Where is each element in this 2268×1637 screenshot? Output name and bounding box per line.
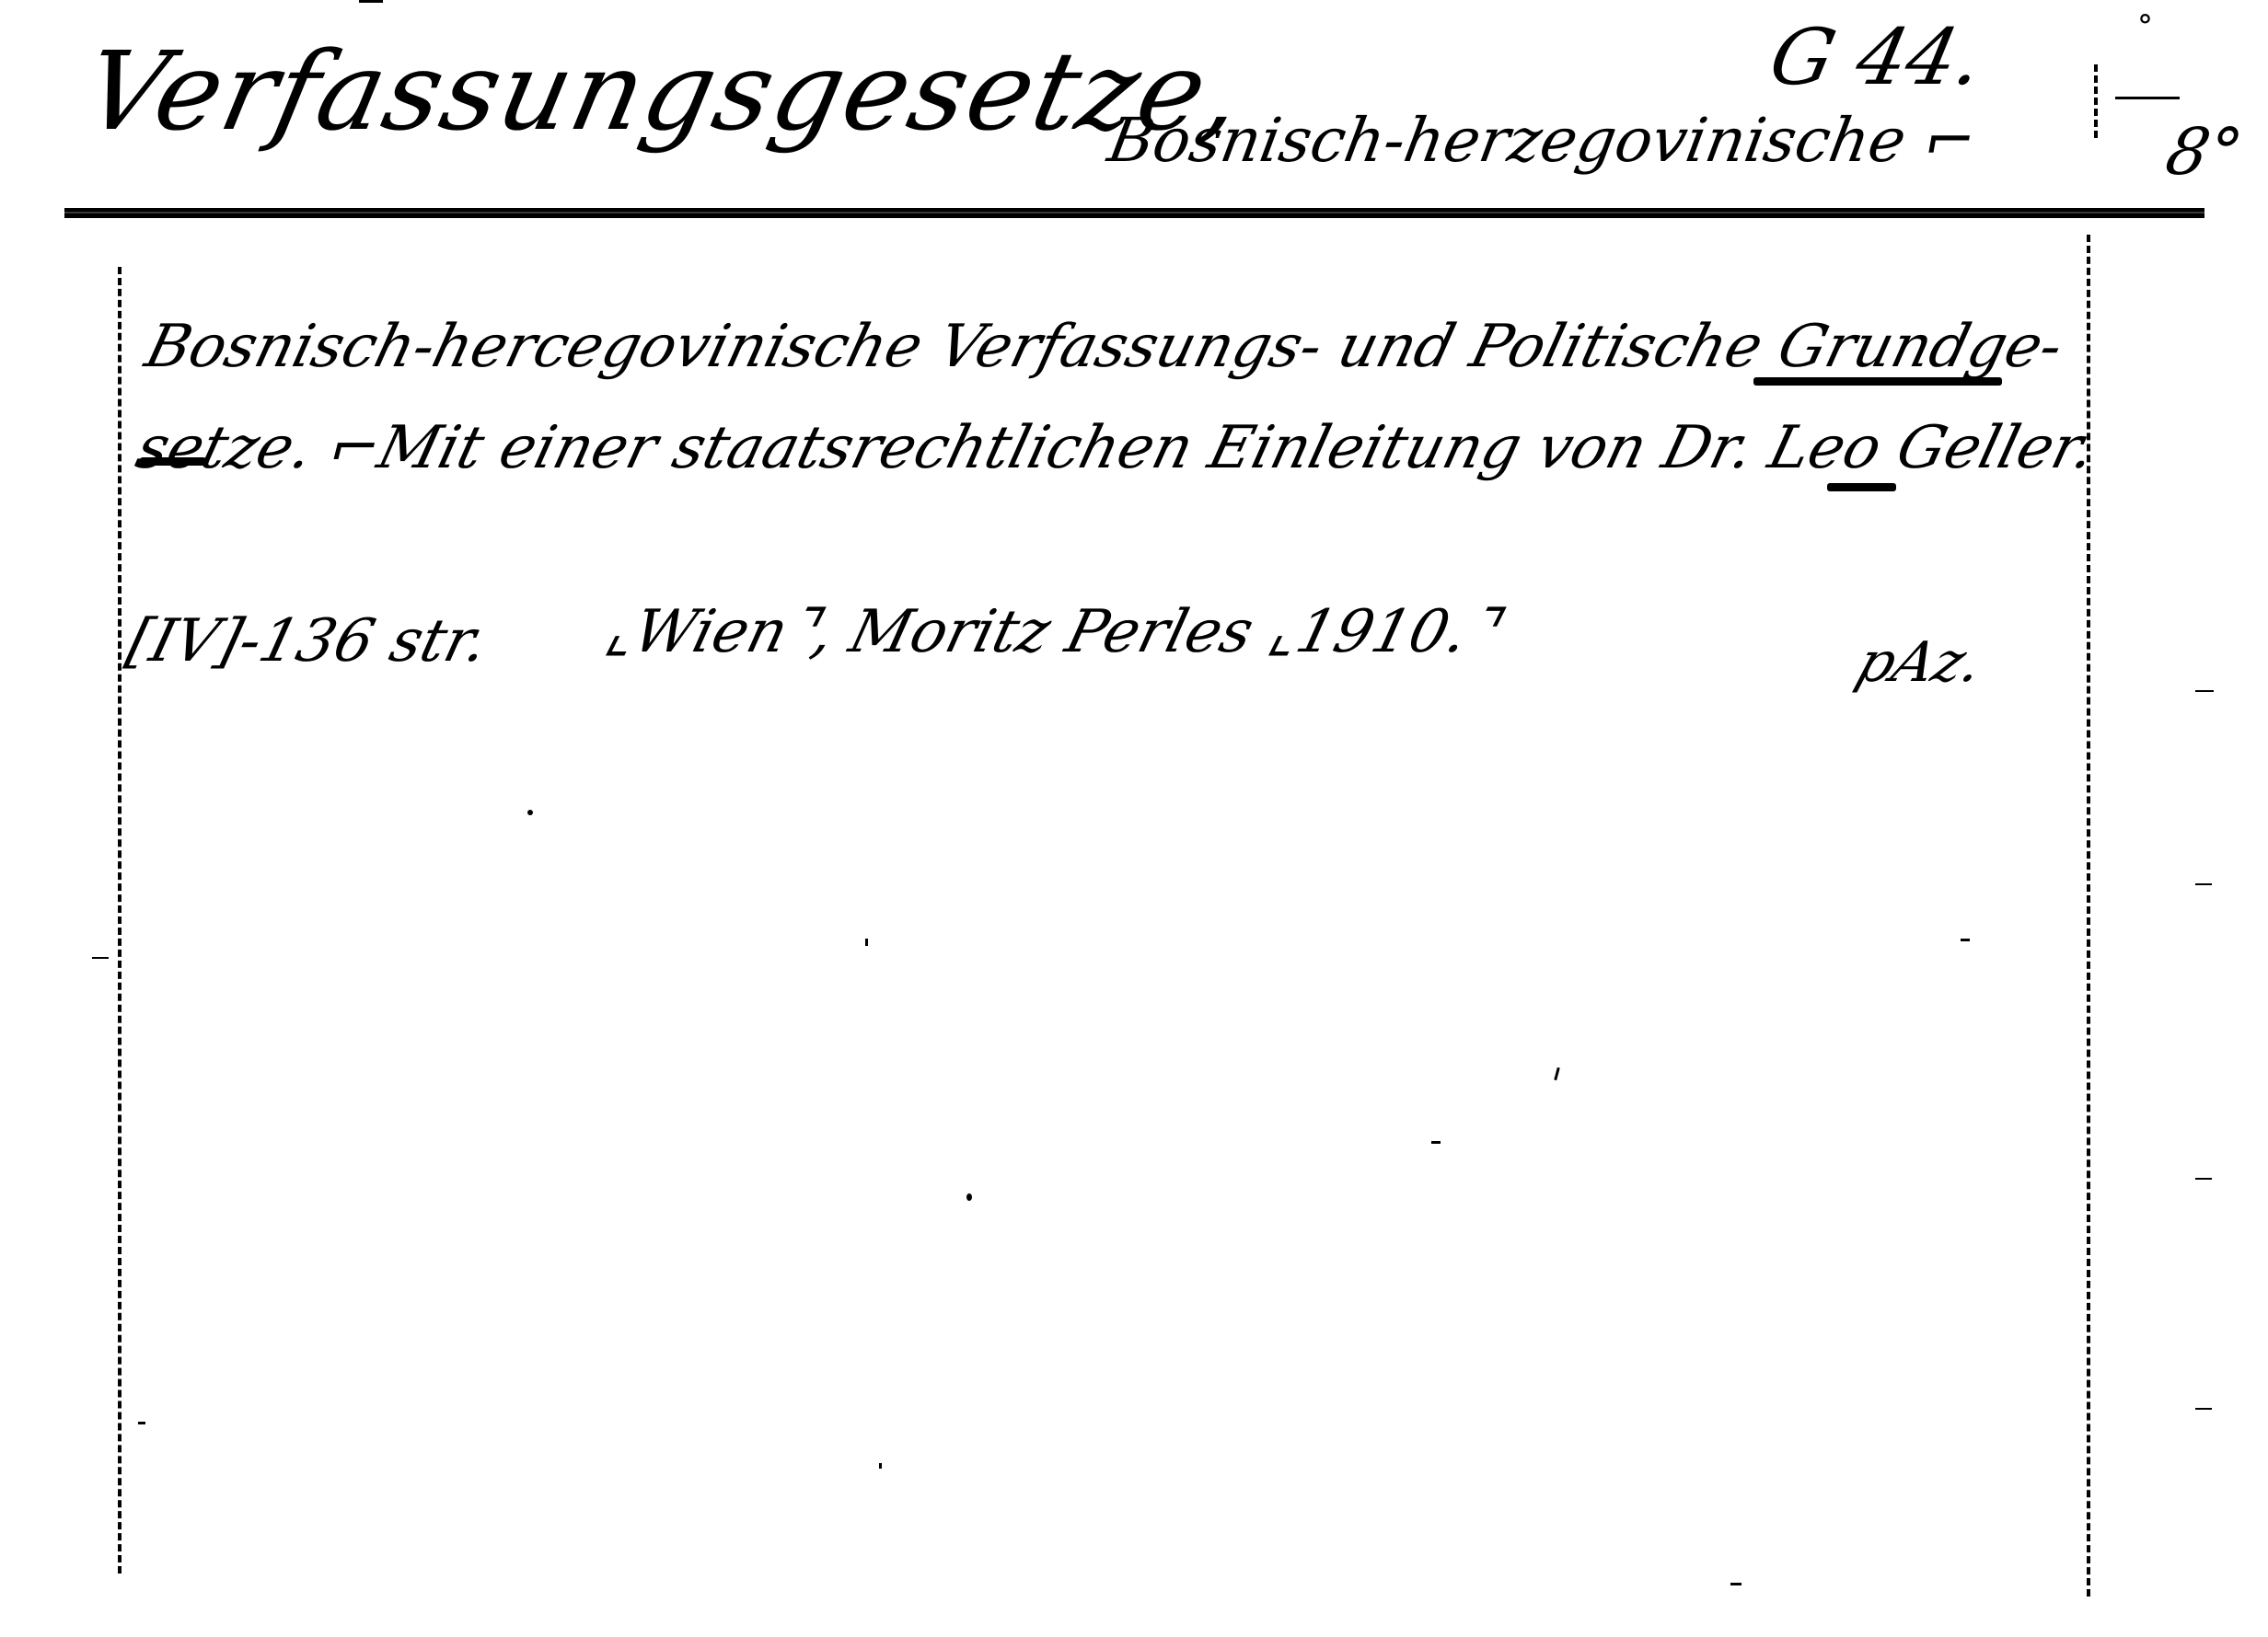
call-number: G 44.: [1764, 18, 1989, 96]
imprint: ⌞Wien⌝, Moritz Perles ⌞1910.⌝: [600, 603, 1501, 662]
heading-subtitle: Bosnisch-herzegovinische ⌐: [1104, 110, 1981, 171]
entry-title-line-2: setze. ⌐Mit einer staatsrechtlichen Einl…: [131, 419, 2100, 478]
scan-speck: [138, 1422, 145, 1424]
underline-geller: [1827, 483, 1896, 491]
scan-speck: [2195, 690, 2214, 692]
underline-grundgesetze: [1753, 377, 2002, 386]
scan-speck: [1961, 939, 1970, 941]
heading-main-title: Verfassungsgesetze,: [75, 37, 1254, 145]
collation-pages: [IV]-136 str.: [121, 612, 493, 671]
scan-speck: [359, 0, 383, 3]
scan-speck: [865, 939, 868, 946]
format-top-mark: °: [2137, 11, 2153, 42]
scan-speck: [2195, 883, 2212, 885]
scan-speck: [1554, 1067, 1560, 1080]
scan-speck: [92, 957, 109, 959]
cataloger-initials: pAz.: [1850, 635, 1990, 690]
scan-speck: [2195, 1178, 2212, 1180]
format-mark: 8°: [2161, 120, 2248, 184]
left-margin-dashed-line: [118, 267, 121, 1574]
scan-speck: [1431, 1141, 1441, 1144]
scan-speck: [1730, 1583, 1741, 1585]
scan-speck: [2195, 1408, 2212, 1410]
heading-rule-thin: [64, 212, 2204, 213]
scan-speck: [527, 810, 533, 815]
entry-title-line-1: Bosnisch-hercegovinische Verfassungs- un…: [140, 317, 2068, 376]
scan-speck: [879, 1463, 882, 1469]
scan-speck: [966, 1193, 972, 1201]
format-divider: [2115, 97, 2180, 99]
underline-setze: [140, 457, 206, 466]
catalog-card: Verfassungsgesetze, Bosnisch-herzegovini…: [0, 0, 2268, 1637]
right-margin-dashed-line-top: [2094, 64, 2098, 138]
